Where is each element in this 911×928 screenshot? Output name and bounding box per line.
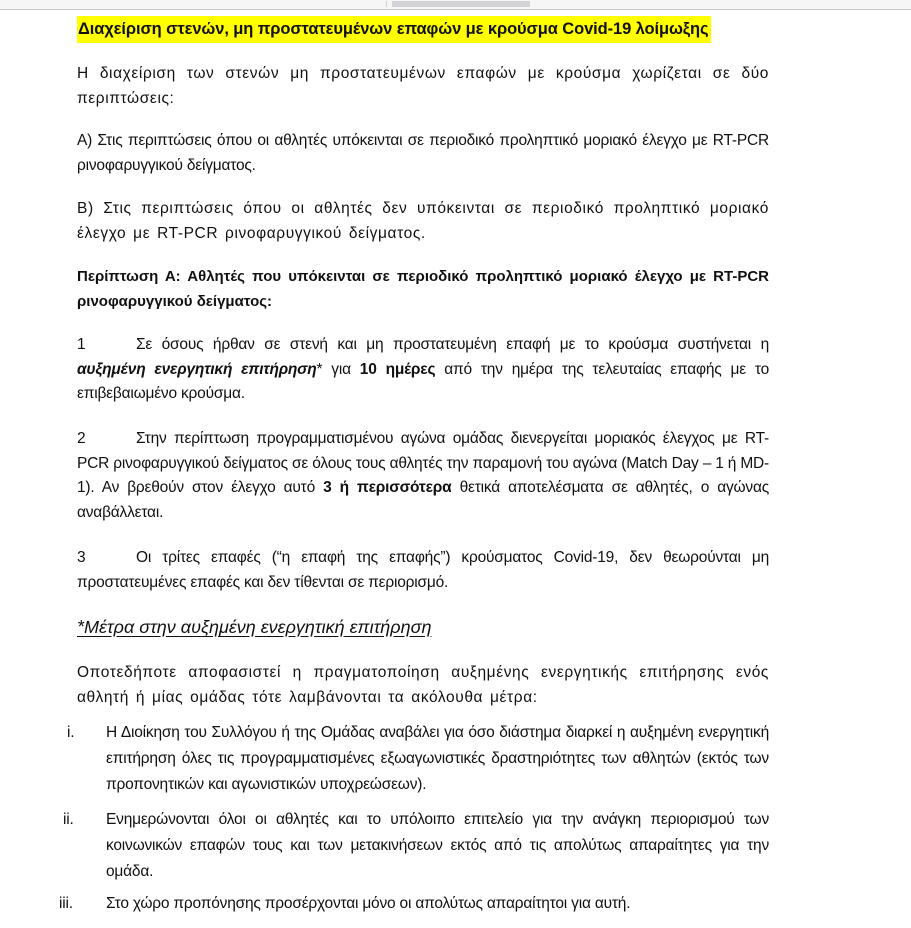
list-marker: i. <box>67 720 107 746</box>
scrollbar-thumb[interactable] <box>392 1 530 7</box>
intro-paragraph: Η διαχείριση των στενών μη προστατευμένω… <box>77 62 769 111</box>
measure-text: Η Διοίκηση του Συλλόγου ή της Ομάδας ανα… <box>106 720 769 798</box>
point-2: 2Στην περίπτωση προγραμματισμένου αγώνα … <box>77 427 769 526</box>
scrollbar-divider <box>386 1 387 7</box>
measure-text: Στο χώρο προπόνησης προσέρχονται μόνο οι… <box>106 891 769 917</box>
horizontal-scrollbar[interactable] <box>0 0 911 10</box>
list-marker: ii. <box>63 807 103 833</box>
case-b-paragraph: Β) Στις περιπτώσεις όπου οι αθλητές δεν … <box>77 197 769 246</box>
measures-intro: Οποτεδήποτε αποφασιστεί η πραγματοποίηση… <box>77 661 769 710</box>
document-title: Διαχείριση στενών, μη προστατευμένων επα… <box>77 16 711 43</box>
point-number: 3 <box>77 546 136 571</box>
measure-text: Ενημερώνονται όλοι οι αθλητές και το υπό… <box>106 807 769 885</box>
bold-text: 3 ή περισσότερα <box>323 479 451 496</box>
case-a-heading: Περίπτωση Α: Αθλητές που υπόκεινται σε π… <box>77 265 769 314</box>
point-3: 3Οι τρίτες επαφές (“η επαφή της επαφής”)… <box>77 546 769 595</box>
emphasis-text: αυξημένη ενεργητική επιτήρηση <box>77 361 317 378</box>
case-a-paragraph: Α) Στις περιπτώσεις όπου οι αθλητές υπόκ… <box>77 129 769 178</box>
measures-heading: *Μέτρα στην αυξημένη ενεργητική επιτήρησ… <box>77 615 431 639</box>
list-marker: iii. <box>59 891 99 917</box>
point-number: 2 <box>77 427 136 452</box>
point-1: 1Σε όσους ήρθαν σε στενή και μη προστατε… <box>77 333 769 407</box>
point-number: 1 <box>77 333 136 358</box>
bold-text: 10 ημέρες <box>360 361 436 378</box>
